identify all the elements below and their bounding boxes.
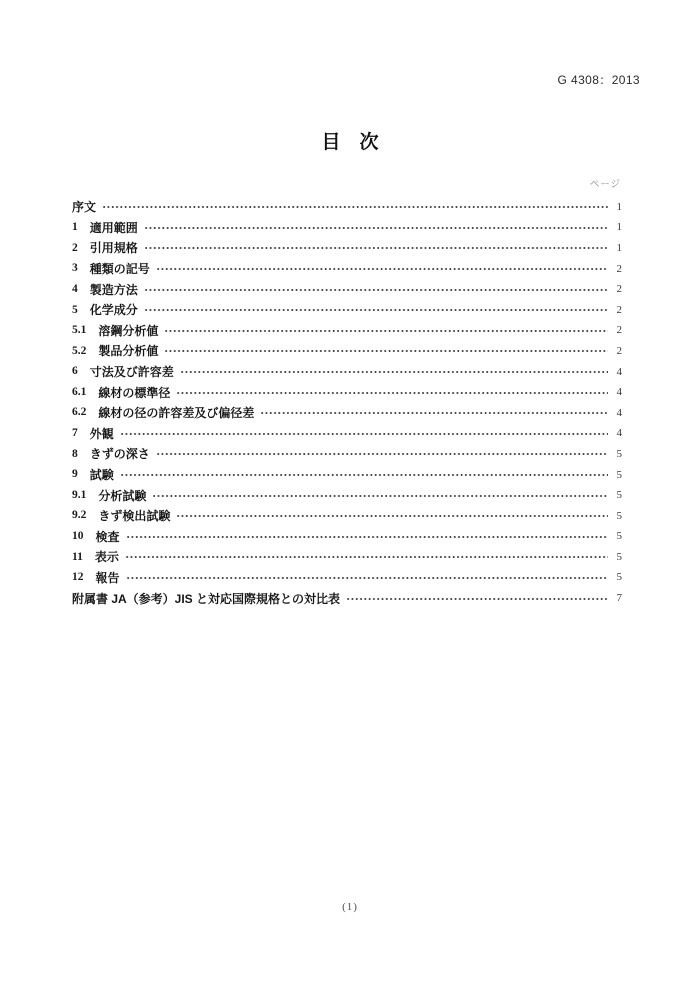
toc-entry-page: 1 [613, 243, 622, 254]
toc-entry-label: 分析試験 [98, 490, 146, 502]
toc-entry: 5.1 溶鋼分析値 2 [72, 321, 622, 342]
toc-entry-number: 6.1 [72, 387, 86, 399]
toc-entry-label: きず検出試験 [98, 510, 170, 522]
toc-page-column-label: ページ [72, 176, 622, 190]
toc-entry-label: 附属書 JA（参考）JIS と対応国際規格との対比表 [72, 593, 340, 605]
dot-leader [120, 469, 608, 481]
toc-entry-page: 5 [613, 531, 622, 542]
toc-entry-label: 製品分析値 [98, 345, 158, 357]
dot-leader [164, 325, 608, 337]
dot-leader [176, 510, 608, 522]
toc-entry-number: 5 [72, 305, 78, 317]
toc-entry-page: 5 [613, 490, 622, 501]
toc-entry: 6.2 線材の径の許容差及び偏径差 4 [72, 403, 622, 424]
toc-entry-page: 2 [613, 346, 622, 357]
toc-entry-page: 2 [613, 284, 622, 295]
toc-entry-page: 2 [613, 305, 622, 316]
toc-entry-number: 7 [72, 428, 78, 440]
toc-entry: 5.2 製品分析値 2 [72, 341, 622, 362]
toc-entry-label: 外観 [90, 428, 114, 440]
toc-entry-label: きずの深さ [90, 448, 150, 460]
toc-entry-label: 序文 [72, 201, 96, 213]
toc-entry-number: 1 [72, 222, 78, 234]
toc-entry-number: 5.1 [72, 325, 86, 337]
toc-entry-page: 4 [613, 387, 622, 398]
toc-entry: 6.1 線材の標準径 4 [72, 382, 622, 403]
toc-entry-number: 2 [72, 243, 78, 255]
toc-entry: 11 表示 5 [72, 547, 622, 568]
toc-entry-number: 8 [72, 449, 78, 461]
document-page: G 4308：2013 目 次 ページ 序文 1 1 適用範囲 1 2 引用規格… [0, 0, 700, 990]
toc-entry-label: 検査 [96, 531, 120, 543]
dot-leader [152, 490, 608, 502]
toc-entry: 7 外観 4 [72, 424, 622, 445]
dot-leader [176, 387, 608, 399]
toc-entry-page: 1 [613, 222, 622, 233]
dot-leader [144, 284, 608, 296]
dot-leader [156, 448, 608, 460]
toc-entry-page: 5 [613, 552, 622, 563]
toc-entry-number: 6 [72, 366, 78, 378]
toc-entry-number: 6.2 [72, 407, 86, 419]
toc-entry-number: 3 [72, 263, 78, 275]
dot-leader [144, 242, 608, 254]
toc-entry-page: 2 [613, 264, 622, 275]
dot-leader [120, 428, 608, 440]
toc-entry-label: 線材の径の許容差及び偏径差 [98, 407, 254, 419]
toc-entry-number: 11 [72, 552, 83, 564]
toc-entry-number: 10 [72, 531, 84, 543]
dot-leader [126, 572, 608, 584]
toc-entry: 8 きずの深さ 5 [72, 444, 622, 465]
standard-number: G 4308：2013 [558, 71, 640, 88]
toc-entry: 10 検査 5 [72, 527, 622, 548]
toc-entry: 附属書 JA（参考）JIS と対応国際規格との対比表 7 [72, 588, 622, 609]
toc-entry-label: 寸法及び許容差 [90, 366, 174, 378]
toc-entry-label: 製造方法 [90, 284, 138, 296]
toc-entry-label: 試験 [90, 469, 114, 481]
dot-leader [346, 593, 608, 605]
toc-entry-label: 溶鋼分析値 [98, 325, 158, 337]
toc-entry-page: 4 [613, 367, 622, 378]
toc-entry: 9 試験 5 [72, 465, 622, 486]
dot-leader [144, 222, 608, 234]
toc-entry: 2 引用規格 1 [72, 238, 622, 259]
toc-entry-page: 5 [613, 449, 622, 460]
toc-entry-number: 5.2 [72, 346, 86, 358]
toc-entry-label: 化学成分 [90, 304, 138, 316]
toc-entry-page: 7 [613, 593, 622, 604]
dot-leader [126, 531, 608, 543]
toc-entry: 6 寸法及び許容差 4 [72, 362, 622, 383]
toc-entry-page: 5 [613, 572, 622, 583]
table-of-contents: ページ 序文 1 1 適用範囲 1 2 引用規格 1 3 種類の記号 2 4 製… [72, 176, 622, 609]
toc-entry-label: 線材の標準径 [98, 387, 170, 399]
toc-entry-label: 適用範囲 [90, 222, 138, 234]
toc-entry-label: 報告 [96, 572, 120, 584]
toc-entry: 序文 1 [72, 197, 622, 218]
toc-entry-page: 2 [613, 325, 622, 336]
toc-entry-page: 1 [613, 202, 622, 213]
dot-leader [144, 304, 608, 316]
toc-entry-page: 5 [613, 511, 622, 522]
toc-entry: 5 化学成分 2 [72, 300, 622, 321]
toc-entry: 1 適用範囲 1 [72, 218, 622, 239]
toc-entry-label: 引用規格 [90, 242, 138, 254]
toc-entry-label: 表示 [95, 551, 119, 563]
toc-entry-page: 4 [613, 408, 622, 419]
toc-entry-number: 9.1 [72, 490, 86, 502]
toc-entry-number: 12 [72, 572, 84, 584]
toc-entry-label: 種類の記号 [90, 263, 150, 275]
toc-entry: 3 種類の記号 2 [72, 259, 622, 280]
dot-leader [164, 345, 608, 357]
dot-leader [180, 366, 608, 378]
dot-leader [102, 201, 608, 213]
toc-entry-number: 4 [72, 284, 78, 296]
page-title: 目 次 [0, 127, 700, 154]
toc-entry: 12 報告 5 [72, 568, 622, 589]
toc-entry-number: 9 [72, 469, 78, 481]
toc-entry: 9.2 きず検出試験 5 [72, 506, 622, 527]
dot-leader [156, 263, 608, 275]
toc-entry-page: 4 [613, 428, 622, 439]
footer-page-number: (1) [0, 901, 700, 913]
toc-entry-page: 5 [613, 470, 622, 481]
dot-leader [125, 551, 608, 563]
toc-entry-number: 9.2 [72, 510, 86, 522]
toc-entry: 9.1 分析試験 5 [72, 485, 622, 506]
toc-entry: 4 製造方法 2 [72, 279, 622, 300]
toc-list: 序文 1 1 適用範囲 1 2 引用規格 1 3 種類の記号 2 4 製造方法 … [72, 197, 622, 609]
dot-leader [260, 407, 608, 419]
